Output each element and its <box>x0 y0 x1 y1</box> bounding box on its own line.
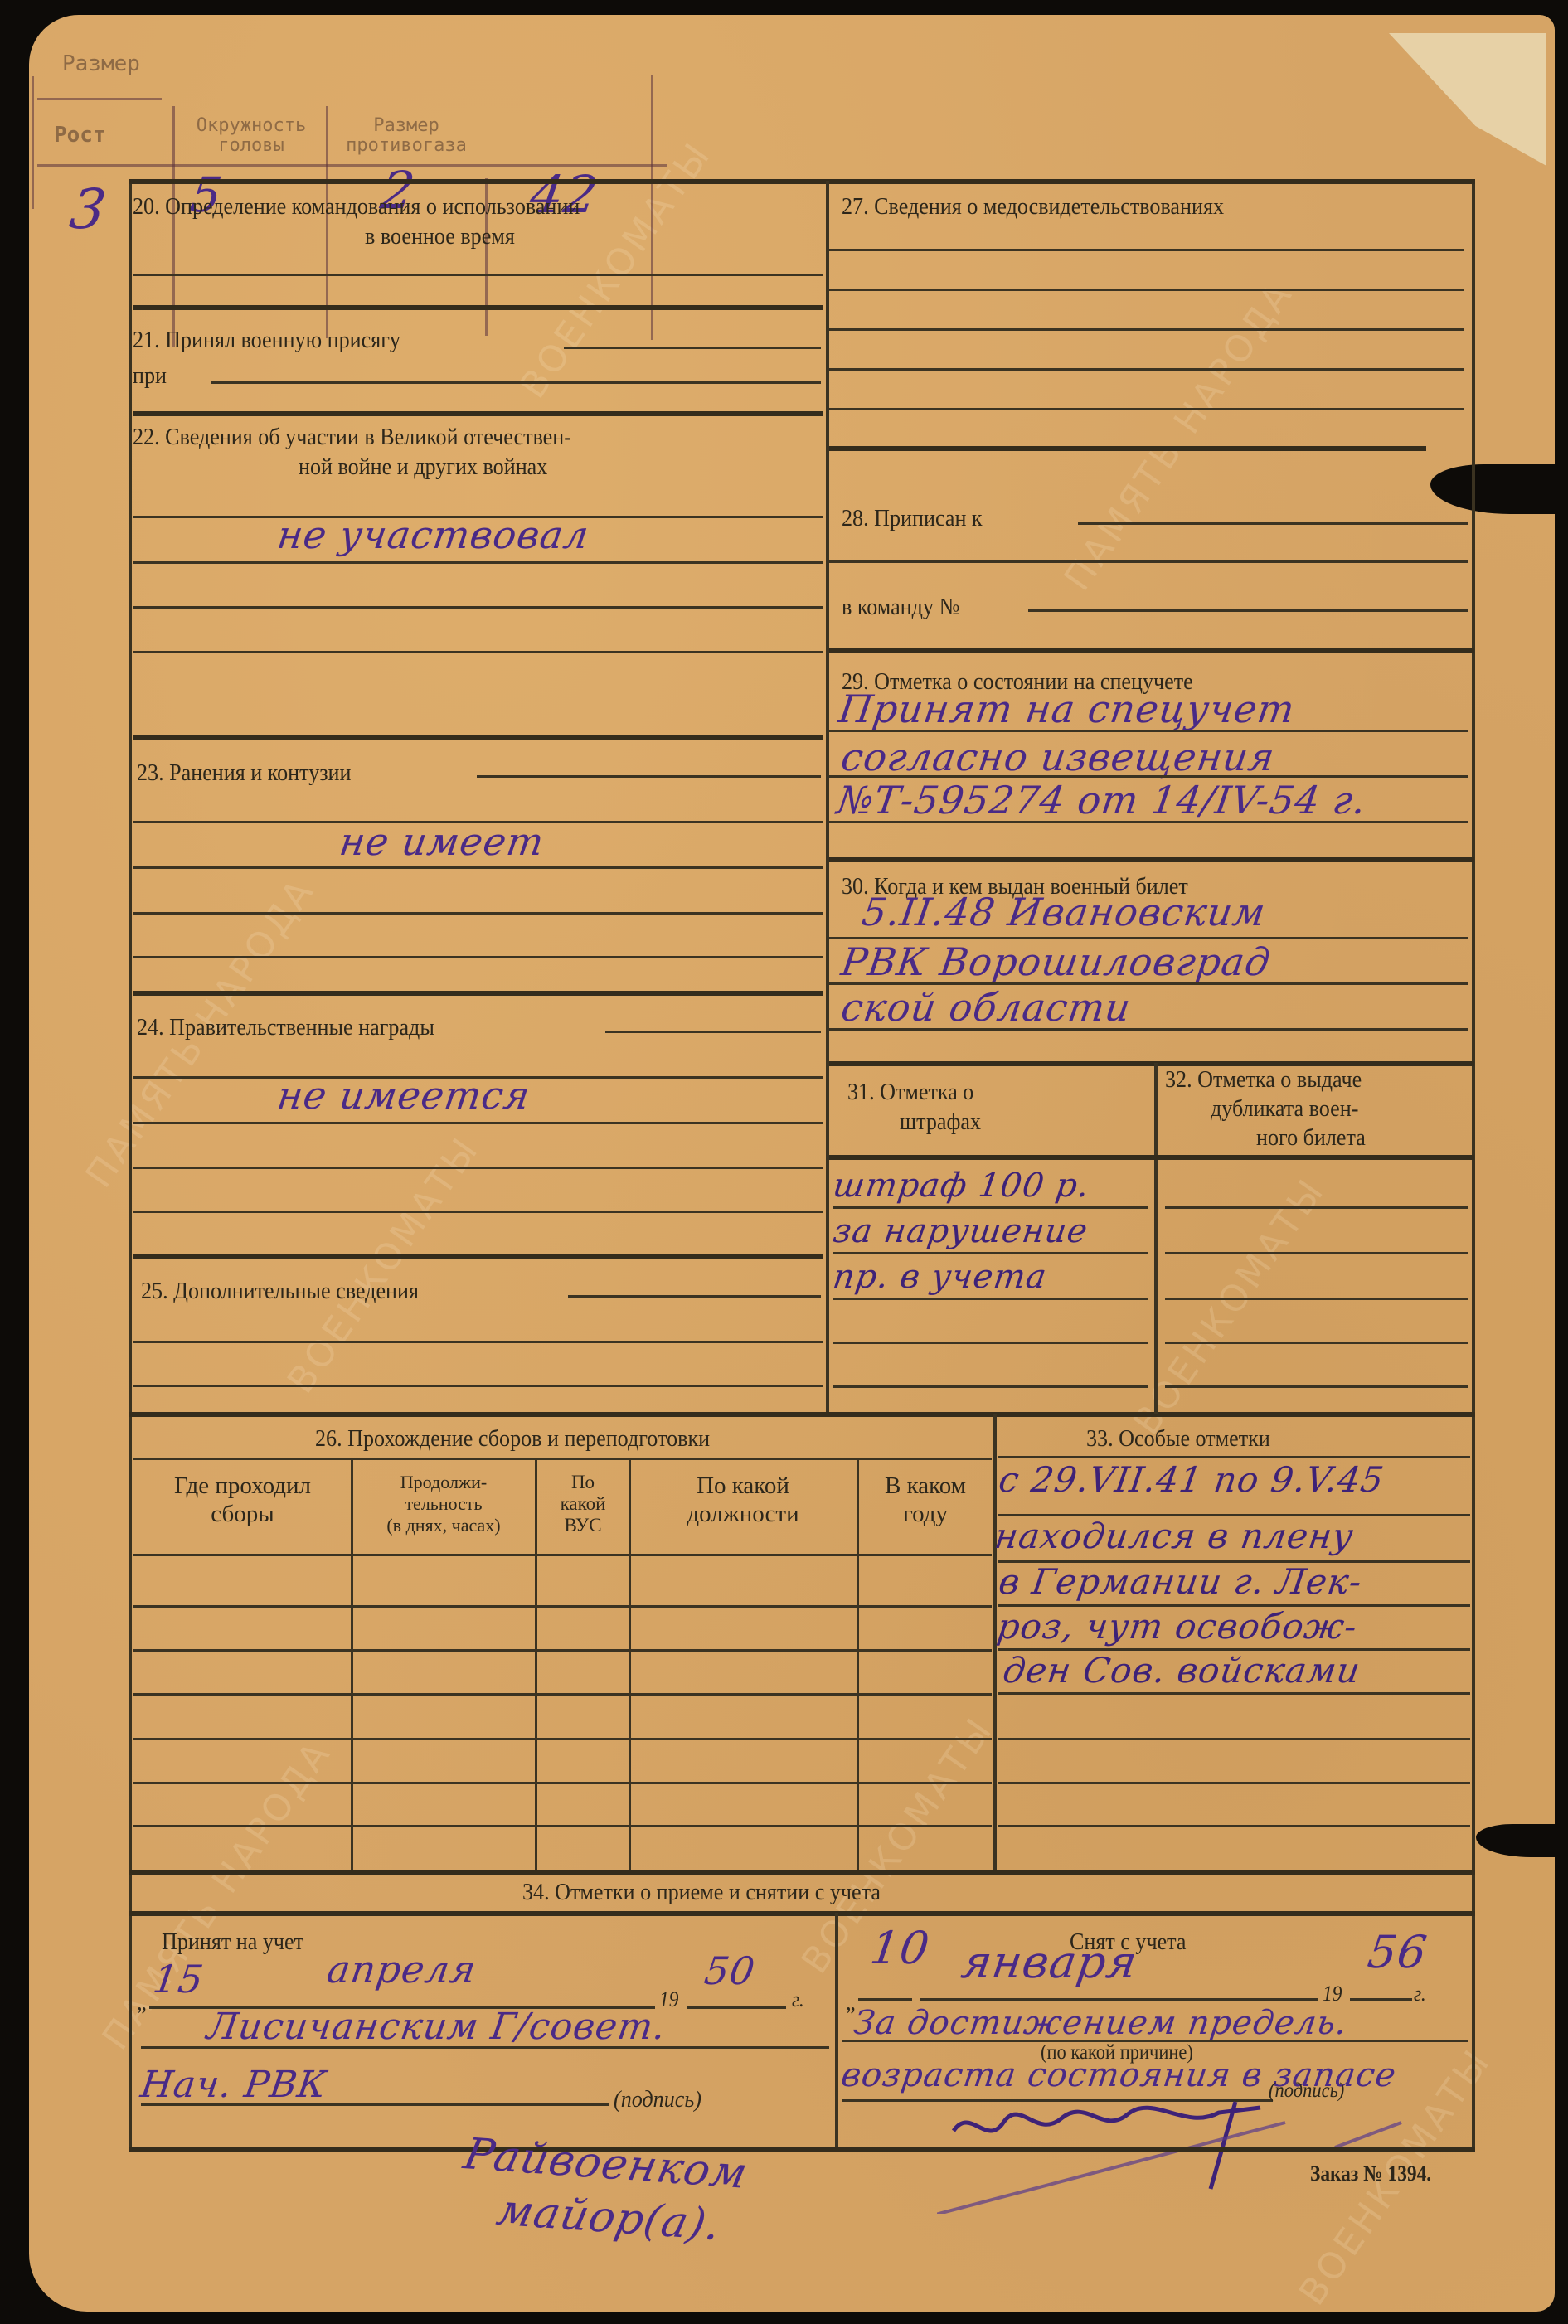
accepted-signature-label: (подпись) <box>614 2085 701 2113</box>
header-text: году <box>859 1500 992 1528</box>
rule <box>1165 1252 1468 1254</box>
s26-col-header-place: Где проходил сборы <box>137 1472 348 1528</box>
s29-line-2: согласно извещения <box>838 736 1277 778</box>
rule <box>829 446 1426 451</box>
removed-month: января <box>959 1942 1139 1983</box>
rule <box>833 1252 1148 1254</box>
margin-number: 3 <box>67 189 109 230</box>
rule <box>1165 1298 1468 1300</box>
rule <box>129 1870 1475 1875</box>
quote-open-2: „ <box>846 1988 856 2016</box>
accepted-day: 15 <box>150 1958 206 2000</box>
s21-label-2: при <box>133 361 167 390</box>
s31-line-3: пр. в учета <box>830 1256 1049 1298</box>
s24-label: 24. Правительственные награды <box>137 1013 434 1041</box>
s30-line-3: ской области <box>838 987 1134 1028</box>
signature-scribble <box>937 2098 1517 2214</box>
rule <box>833 1385 1148 1388</box>
rule <box>829 408 1464 410</box>
rule <box>1165 1385 1468 1388</box>
s22-label: 22. Сведения об участии в Великой отечес… <box>133 423 571 451</box>
header-text: В каком <box>859 1472 992 1500</box>
header-text: тельность <box>353 1493 534 1515</box>
rule <box>133 1254 823 1259</box>
rule <box>833 1206 1148 1209</box>
rule <box>477 775 821 778</box>
s30-line-2: РВК Ворошиловград <box>838 941 1273 982</box>
header-text: сборы <box>137 1500 348 1528</box>
table-row <box>133 1738 992 1740</box>
header-text: (в днях, часах) <box>353 1515 534 1536</box>
rule <box>133 1122 823 1124</box>
rule <box>133 1341 823 1343</box>
rule <box>133 735 823 740</box>
accepted-year-end: г. <box>792 1986 804 2014</box>
accepted-by: Лисичанским Г/совет. <box>204 2006 668 2048</box>
s28-team-field[interactable] <box>1028 609 1468 612</box>
s32-label-2: дубликата воен- <box>1211 1094 1358 1123</box>
s27-label: 27. Сведения о медосвидетельствованиях <box>842 192 1224 221</box>
frame-top-rule <box>129 179 1475 184</box>
s26-col-header-year: В каком году <box>859 1472 992 1528</box>
rule <box>133 1211 823 1213</box>
s20-label-2: в военное время <box>365 222 515 250</box>
s21-label: 21. Принял военную присягу <box>133 326 400 354</box>
header-text: По какой <box>631 1472 855 1500</box>
rule <box>133 1458 992 1460</box>
removed-day: 10 <box>867 1928 932 1969</box>
header-text: ВУС <box>537 1515 629 1536</box>
rule <box>133 1554 992 1556</box>
s24-value: не имеется <box>274 1075 532 1116</box>
s29-line-1: Принят на спецучет <box>836 688 1297 730</box>
rule <box>133 1167 823 1169</box>
rule <box>829 1155 1474 1160</box>
s31-label: 31. Отметка о <box>847 1078 973 1106</box>
table-row <box>133 1605 992 1608</box>
rule <box>133 561 823 564</box>
head-circumference-label: Окружность головы <box>181 116 322 156</box>
s31-line-1: штраф 100 р. <box>830 1165 1092 1206</box>
s29-line-3: №Т-595274 от 14/IV-54 г. <box>834 779 1369 821</box>
accepted-label: Принят на учет <box>162 1928 303 1956</box>
rule <box>605 1031 821 1033</box>
order-number: Заказ № 1394. <box>1310 2160 1431 2188</box>
rule <box>133 991 823 996</box>
s22-value: не участвовал <box>274 514 591 556</box>
s31-line-2: за нарушение <box>830 1211 1090 1252</box>
removed-reason-1: За достижением предель. <box>851 2002 1350 2044</box>
faint-size-label: Размер <box>62 51 140 76</box>
s23-label: 23. Ранения и контузии <box>137 759 351 787</box>
rule <box>829 368 1464 371</box>
rule <box>133 956 823 958</box>
rost-label: Рост <box>54 123 106 148</box>
table-row <box>133 1649 992 1652</box>
rule <box>829 328 1464 331</box>
removed-year: 56 <box>1365 1932 1430 1973</box>
s26-title: 26. Прохождение сборов и переподготовки <box>315 1424 710 1453</box>
rule <box>829 821 1468 823</box>
s26-col-header-duration: Продолжи- тельность (в днях, часах) <box>353 1472 534 1536</box>
rule <box>133 411 823 416</box>
removed-year-end: г. <box>1414 1980 1426 2008</box>
s21-field-2[interactable] <box>211 381 821 384</box>
column-divider <box>826 181 829 1414</box>
rule <box>129 1412 1475 1417</box>
header-text: Продолжи- <box>353 1472 534 1493</box>
header-text: должности <box>631 1500 855 1528</box>
header-text: какой <box>537 1493 629 1515</box>
s21-field[interactable] <box>564 347 821 349</box>
rule <box>133 651 823 653</box>
s22-label-2: ной войне и других войнах <box>299 453 547 481</box>
s32-label-3: ного билета <box>1256 1123 1366 1152</box>
s25-field[interactable] <box>568 1295 821 1298</box>
s25-label: 25. Дополнительные сведения <box>141 1277 419 1305</box>
s33-line-2: находился в плену <box>992 1516 1356 1557</box>
s31-label-2: штрафах <box>900 1108 981 1136</box>
s33-line-1: с 29.VII.41 по 9.V.45 <box>996 1459 1386 1501</box>
rule <box>829 289 1464 291</box>
accepted-month: апреля <box>324 1948 478 1990</box>
rule <box>829 1028 1468 1031</box>
rule <box>141 2103 609 2106</box>
s33-line-4: роз, чут освобож- <box>994 1606 1360 1647</box>
rule <box>829 857 1474 862</box>
rule <box>133 606 823 609</box>
table-row <box>133 1782 992 1784</box>
rule <box>687 2006 786 2009</box>
s32-label: 32. Отметка о выдаче <box>1165 1065 1362 1094</box>
rule <box>858 1998 912 2001</box>
rule <box>129 1911 1475 1916</box>
rule <box>998 1692 1470 1695</box>
rule <box>129 2147 1475 2152</box>
rule <box>829 560 1468 563</box>
accepted-year: 50 <box>701 1950 758 1992</box>
accepted-signer: Нач. РВК <box>138 2064 329 2106</box>
s28-team-label: в команду № <box>842 593 959 621</box>
s23-value: не имеет <box>337 821 546 862</box>
s20-label: 20. Определение командования о использов… <box>133 192 580 221</box>
s28-label: 28. Приписан к <box>842 504 983 532</box>
rule <box>998 1825 1470 1827</box>
s30-line-1: 5.II.48 Ивановским <box>859 891 1268 933</box>
faint-rule <box>32 76 34 209</box>
rule <box>829 1061 1474 1066</box>
s28-field[interactable] <box>1078 522 1468 525</box>
rule <box>133 305 823 310</box>
header-text: По <box>537 1472 629 1493</box>
s26-col-header-position: По какой должности <box>631 1472 855 1528</box>
rule <box>998 1456 1470 1458</box>
quote-open: „ <box>137 1988 147 2016</box>
s33-title: 33. Особые отметки <box>1086 1424 1270 1453</box>
rule <box>920 1998 1318 2001</box>
rule <box>829 249 1464 251</box>
rule <box>1165 1206 1468 1209</box>
rule <box>829 730 1468 732</box>
rule <box>998 1782 1470 1784</box>
rule <box>998 1738 1470 1740</box>
rule <box>133 1385 823 1387</box>
s33-line-3: в Германии г. Лек- <box>996 1561 1364 1603</box>
s31-s32-divider <box>1154 1063 1158 1414</box>
table-row <box>133 1825 992 1827</box>
header-text: Где проходил <box>137 1472 348 1500</box>
s26-col-header-vus: По какой ВУС <box>537 1472 629 1536</box>
rule <box>141 2046 829 2049</box>
table-row <box>133 1693 992 1696</box>
rule <box>133 912 823 915</box>
faint-rule <box>37 98 162 100</box>
rule <box>1350 1998 1412 2001</box>
rule <box>1165 1342 1468 1344</box>
rule <box>133 274 823 276</box>
gasmask-size-label: Размер противогаза <box>336 116 477 156</box>
rule <box>833 1342 1148 1344</box>
rule <box>133 866 823 869</box>
rule <box>833 1298 1148 1300</box>
s34-title: 34. Отметки о приеме и снятии с учета <box>522 1878 881 1906</box>
s33-line-5: ден Сов. войсками <box>1000 1650 1362 1691</box>
s34-divider <box>835 1913 838 2150</box>
rule <box>829 648 1474 653</box>
